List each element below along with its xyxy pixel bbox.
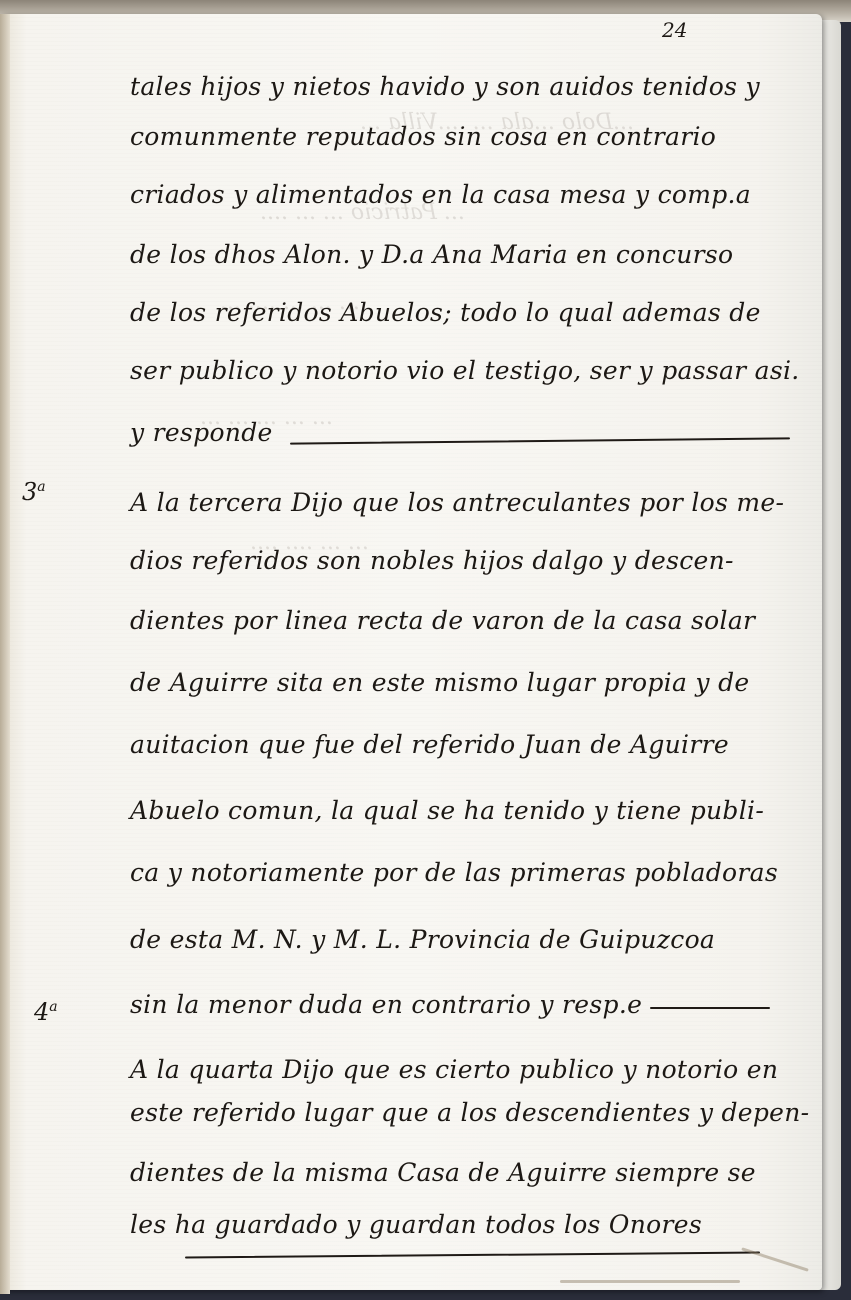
margin-note-question-4: 4a bbox=[34, 998, 58, 1026]
text-line: dientes por linea recta de varon de la c… bbox=[130, 606, 810, 635]
text-line: ser publico y notorio vio el testigo, se… bbox=[130, 356, 810, 385]
text-line: Abuelo comun, la qual se ha tenido y tie… bbox=[130, 796, 810, 825]
text-line: auitacion que fue del referido Juan de A… bbox=[130, 730, 810, 759]
text-line: les ha guardado y guardan todos los Onor… bbox=[130, 1210, 810, 1239]
text-line: este referido lugar que a los descendien… bbox=[130, 1098, 810, 1127]
text-line: A la quarta Dijo que es cierto publico y… bbox=[130, 1055, 810, 1084]
margin-note-question-3: 3a bbox=[22, 478, 46, 506]
text-line: de Aguirre sita en este mismo lugar prop… bbox=[130, 668, 810, 697]
paper-damage bbox=[560, 1280, 740, 1283]
page-number: 24 bbox=[662, 18, 687, 42]
text-line: de esta M. N. y M. L. Provincia de Guipu… bbox=[130, 925, 810, 954]
text-line: A la tercera Dijo que los antreculantes … bbox=[130, 488, 810, 517]
text-line: de los dhos Alon. y D.a Ana Maria en con… bbox=[130, 240, 810, 269]
text-line: comunmente reputados sin cosa en contrar… bbox=[130, 122, 810, 151]
text-line: sin la menor duda en contrario y resp.e bbox=[130, 990, 810, 1019]
line-filler-rule bbox=[650, 1007, 770, 1009]
text-line: tales hijos y nietos havido y son auidos… bbox=[130, 72, 810, 101]
text-line: de los referidos Abuelos; todo lo qual a… bbox=[130, 298, 810, 327]
text-line: dientes de la misma Casa de Aguirre siem… bbox=[130, 1158, 810, 1187]
text-line: criados y alimentados en la casa mesa y … bbox=[130, 180, 810, 209]
text-line: ca y notoriamente por de las primeras po… bbox=[130, 858, 810, 887]
gutter-edge bbox=[0, 14, 10, 1294]
text-line: dios referidos son nobles hijos dalgo y … bbox=[130, 546, 810, 575]
